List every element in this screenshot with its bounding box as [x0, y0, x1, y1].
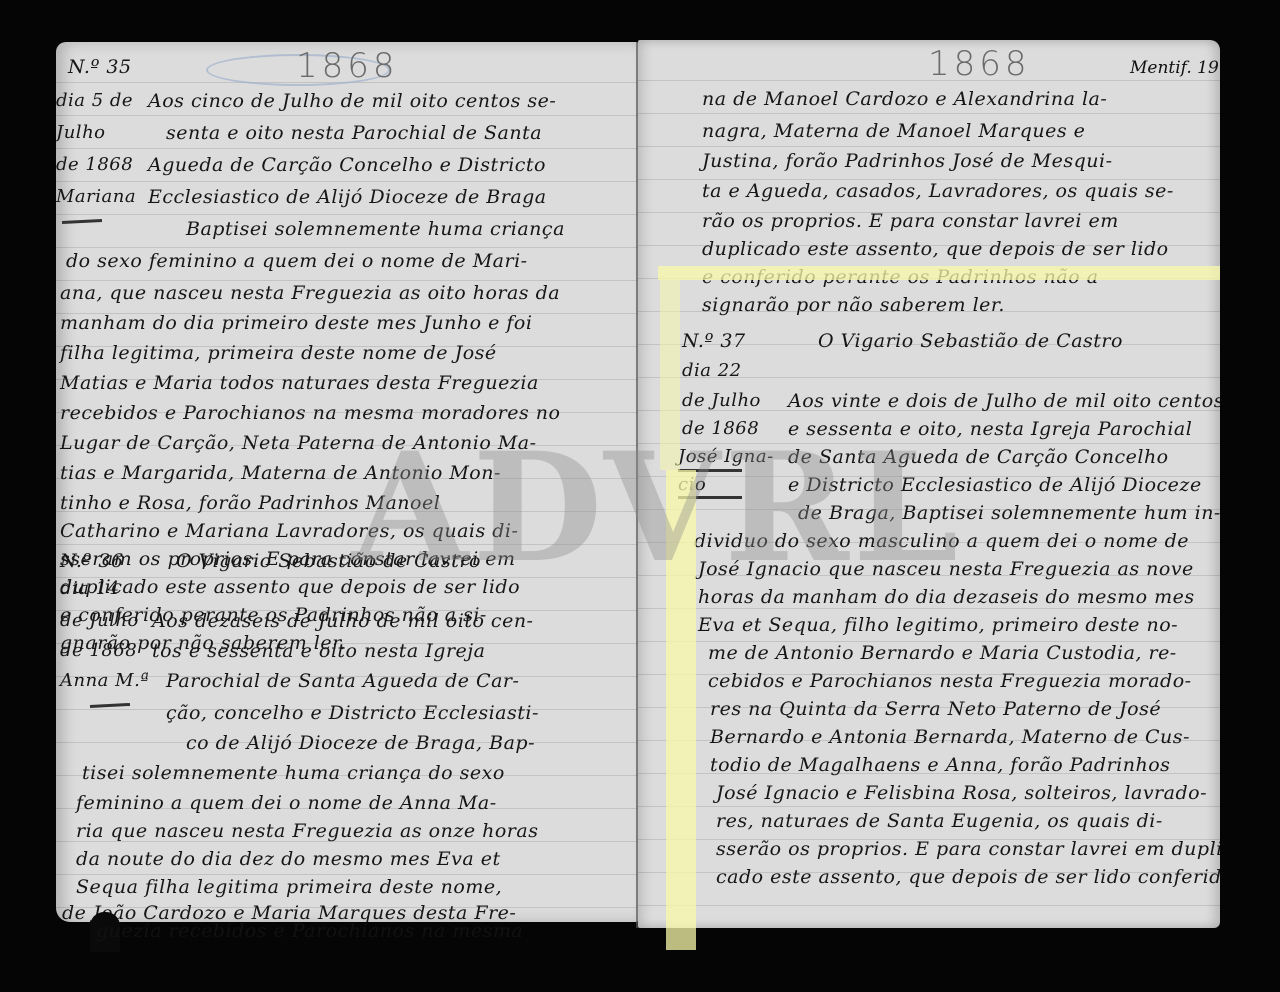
record-line: me de Antonio Bernardo e Maria Custodia,… [708, 642, 1177, 664]
right-page: 1868 Mentif. 19 na de Manoel Cardozo e A… [638, 40, 1220, 928]
name-underline [62, 219, 102, 224]
margin-name: José Igna- [678, 446, 774, 467]
record-line: e sessenta e oito, nesta Igreja Parochia… [788, 418, 1192, 440]
record-line: Parochial de Santa Agueda de Car- [166, 670, 519, 692]
record-line: tisei solemnemente huma criança do sexo [82, 762, 505, 784]
pencil-year: 1868 [928, 44, 1031, 84]
record-line: ta e Agueda, casados, Lavradores, os qua… [702, 180, 1174, 202]
record-line: cebidos e Parochianos nesta Freguezia mo… [708, 670, 1192, 692]
record-line: Matias e Maria todos naturaes desta Freg… [60, 372, 539, 394]
record-line: todio de Magalhaens e Anna, forão Padrin… [710, 754, 1170, 776]
record-line: Ecclesiastico de Alijó Dioceze de Braga [148, 186, 547, 208]
name-underline [90, 703, 130, 708]
record-line: tos e sessenta e oito nesta Igreja [152, 640, 486, 662]
margin-month: de Julho [682, 390, 761, 411]
margin-month: de Julho [60, 610, 139, 631]
record-line: dividuo do sexo masculino a quem dei o n… [694, 530, 1189, 552]
highlight-horizontal [658, 266, 1220, 280]
record-line: guezia recebidos e Parochianos na mesma [96, 920, 523, 942]
vicar-signature: O Vigario Sebastião de Castro [176, 550, 481, 572]
highlight-vertical-lower [666, 470, 696, 950]
record-line: na de Manoel Cardozo e Alexandrina la- [702, 88, 1107, 110]
record-line: ana, que nasceu nesta Freguezia as oito … [60, 282, 560, 304]
record-line: de Braga, Baptisei solemnemente hum in- [798, 502, 1220, 524]
record-line: rão os proprios. E para constar lavrei e… [702, 210, 1119, 232]
record-line: José Ignacio e Felisbina Rosa, solteiros… [716, 782, 1207, 804]
vicar-signature: O Vigario Sebastião de Castro [818, 330, 1123, 352]
highlight-vertical-upper [660, 280, 680, 470]
record-line: Agueda de Carção Concelho e Districto [148, 154, 546, 176]
record-line: de Santa Agueda de Carção Concelho [788, 446, 1169, 468]
margin-name: Anna M.ª [60, 670, 149, 691]
record-line: duplicado este assento, que depois de se… [702, 238, 1169, 260]
record-line: res na Quinta da Serra Neto Paterno de J… [710, 698, 1161, 720]
entry-number: N.º 37 [682, 330, 746, 352]
record-line: Lugar de Carção, Neta Paterna de Antonio… [60, 432, 537, 454]
margin-date: dia 5 de [56, 90, 133, 111]
record-line: sserão os proprios. E para constar lavre… [716, 838, 1220, 860]
record-line: Catharino e Mariana Lavradores, os quais… [60, 520, 518, 542]
margin-year: de 1868 [682, 418, 759, 439]
record-line: cado este assento, que depois de ser lid… [716, 866, 1220, 888]
record-line: tinho e Rosa, forão Padrinhos Manoel [60, 492, 440, 514]
record-line: senta e oito nesta Parochial de Santa [166, 122, 542, 144]
record-line: Bernardo e Antonia Bernarda, Materno de … [710, 726, 1190, 748]
record-line: Justina, forão Padrinhos José de Mesqui- [702, 150, 1112, 172]
record-line: Aos cinco de Julho de mil oito centos se… [148, 90, 556, 112]
margin-year: de 1868 [56, 154, 133, 175]
entry-number: N.º 36 [60, 550, 124, 572]
record-line: José Ignacio que nasceu nesta Freguezia … [698, 558, 1194, 580]
record-line: nagra, Materna de Manoel Marques e [702, 120, 1085, 142]
record-line: recebidos e Parochianos na mesma morador… [60, 402, 560, 424]
margin-month: Julho [56, 122, 106, 143]
margin-name: Mariana [56, 186, 136, 207]
record-line: do sexo feminino a quem dei o nome de Ma… [66, 250, 528, 272]
record-line: da noute do dia dez do mesmo mes Eva et [76, 848, 501, 870]
record-line: Baptisei solemnemente huma criança [186, 218, 565, 240]
record-line: Eva et Sequa, filho legitimo, primeiro d… [698, 614, 1178, 636]
book-spine [636, 42, 638, 928]
margin-date: dia 22 [682, 360, 742, 381]
record-line: co de Alijó Dioceze de Braga, Bap- [186, 732, 535, 754]
record-line: signarão por não saberem ler. [702, 294, 1005, 316]
record-line: manham do dia primeiro deste mes Junho e… [60, 312, 532, 334]
record-line: horas da manham do dia dezaseis do mesmo… [698, 586, 1195, 608]
margin-year: de 1868 [60, 640, 137, 661]
record-line: filha legitima, primeira deste nome de J… [60, 342, 497, 364]
record-line: e Districto Ecclesiastico de Alijó Dioce… [788, 474, 1202, 496]
record-line: Aos dezaseis de Julho de mil oito cen- [152, 610, 533, 632]
record-line: Aos vinte e dois de Julho de mil oito ce… [788, 390, 1220, 412]
record-line: tias e Margarida, Materna de Antonio Mon… [60, 462, 501, 484]
record-line: Sequa filha legitima primeira deste nome… [76, 876, 502, 898]
record-line: duplicado este assento que depois de ser… [60, 576, 520, 598]
entry-number: N.º 35 [68, 56, 132, 78]
record-line: de João Cardozo e Maria Marques desta Fr… [62, 902, 516, 922]
left-page: 1868 N.º 35 dia 5 de Julho de 1868 Maria… [56, 42, 638, 922]
folio-number: Mentif. 19 [1130, 58, 1219, 78]
record-line: ria que nasceu nesta Freguezia as onze h… [76, 820, 538, 842]
record-line: feminino a quem dei o nome de Anna Ma- [76, 792, 497, 814]
record-line: ção, concelho e Districto Ecclesiasti- [166, 702, 539, 724]
margin-date: dia 14 [60, 578, 120, 599]
record-line: res, naturaes de Santa Eugenia, os quais… [716, 810, 1163, 832]
pencil-year: 1868 [296, 46, 399, 86]
